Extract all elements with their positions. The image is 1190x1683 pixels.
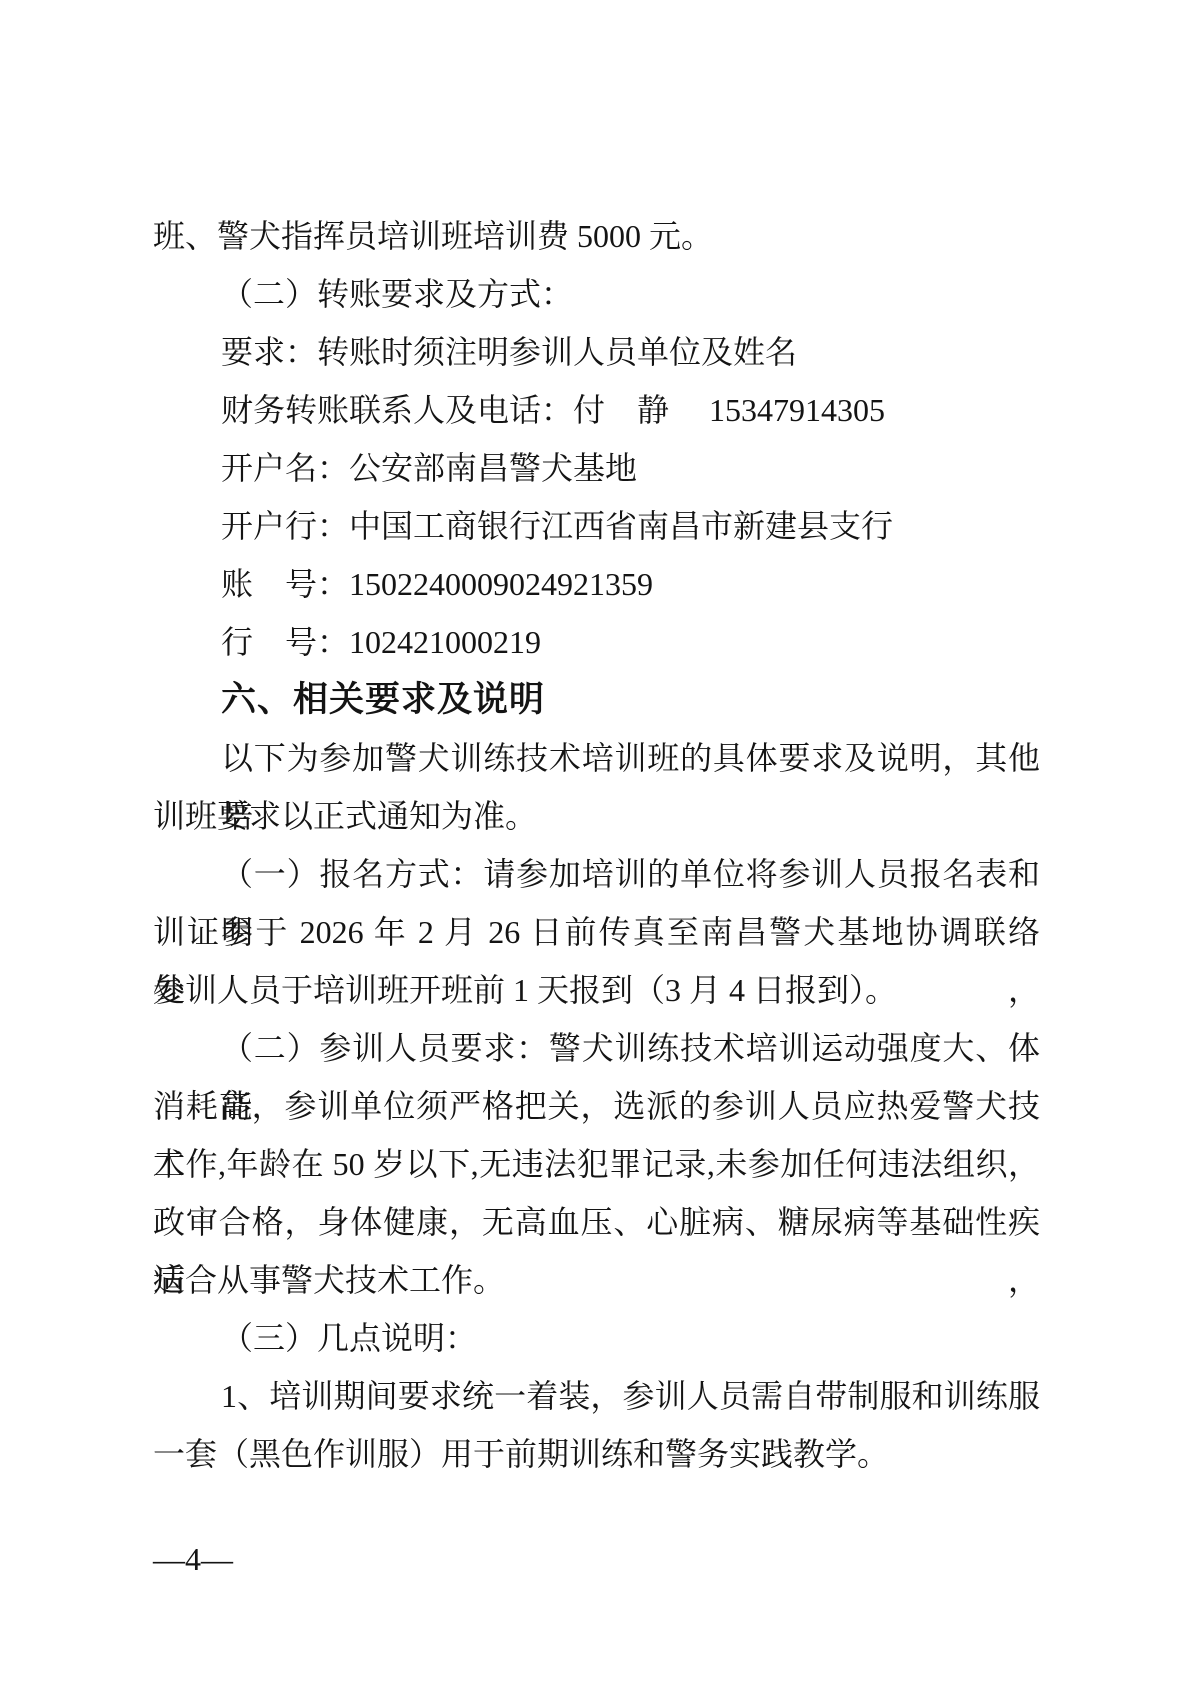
text-line: 消耗高，参训单位须严格把关，选派的参训人员应热爱警犬技术 (153, 1077, 1040, 1135)
text-line: 一套（黑色作训服）用于前期训练和警务实践教学。 (153, 1425, 1040, 1483)
section-heading: 六、相关要求及说明 (153, 671, 1040, 729)
text-line: （二）参训人员要求：警犬训练技术培训运动强度大、体能 (153, 1019, 1040, 1077)
text-line: 以下为参加警犬训练技术培训班的具体要求及说明，其他培 (153, 729, 1040, 787)
text-line: 训班要求以正式通知为准。 (153, 787, 1040, 845)
text-line: 工作,年龄在 50 岁以下,无违法犯罪记录,未参加任何违法组织， (153, 1135, 1040, 1193)
text-line: 行 号：102421000219 (153, 613, 1040, 671)
text-line: （三）几点说明： (153, 1309, 1040, 1367)
text-line: 要求：转账时须注明参训人员单位及姓名 (153, 323, 1040, 381)
page-number: —4— (153, 1541, 233, 1577)
text-line: 开户行：中国工商银行江西省南昌市新建县支行 (153, 497, 1040, 555)
text-line: 开户名：公安部南昌警犬基地 (153, 439, 1040, 497)
text-line: 班、警犬指挥员培训班培训费 5000 元。 (153, 207, 1040, 265)
text-line: 账 号：1502240009024921359 (153, 555, 1040, 613)
document-text-block: 班、警犬指挥员培训班培训费 5000 元。 （二）转账要求及方式： 要求：转账时… (153, 207, 1040, 1483)
text-line: 1、培训期间要求统一着装，参训人员需自带制服和训练服 (153, 1367, 1040, 1425)
text-line: 训证明于 2026 年 2 月 26 日前传真至南昌警犬基地协调联络处， (153, 903, 1040, 961)
text-line: 财务转账联系人及电话：付 静 15347914305 (153, 381, 1040, 439)
text-line: 政审合格，身体健康，无高血压、心脏病、糖尿病等基础性疾病， (153, 1193, 1040, 1251)
document-page: 班、警犬指挥员培训班培训费 5000 元。 （二）转账要求及方式： 要求：转账时… (0, 0, 1190, 1683)
text-line: （二）转账要求及方式： (153, 265, 1040, 323)
text-line: （一）报名方式：请参加培训的单位将参训人员报名表和参 (153, 845, 1040, 903)
